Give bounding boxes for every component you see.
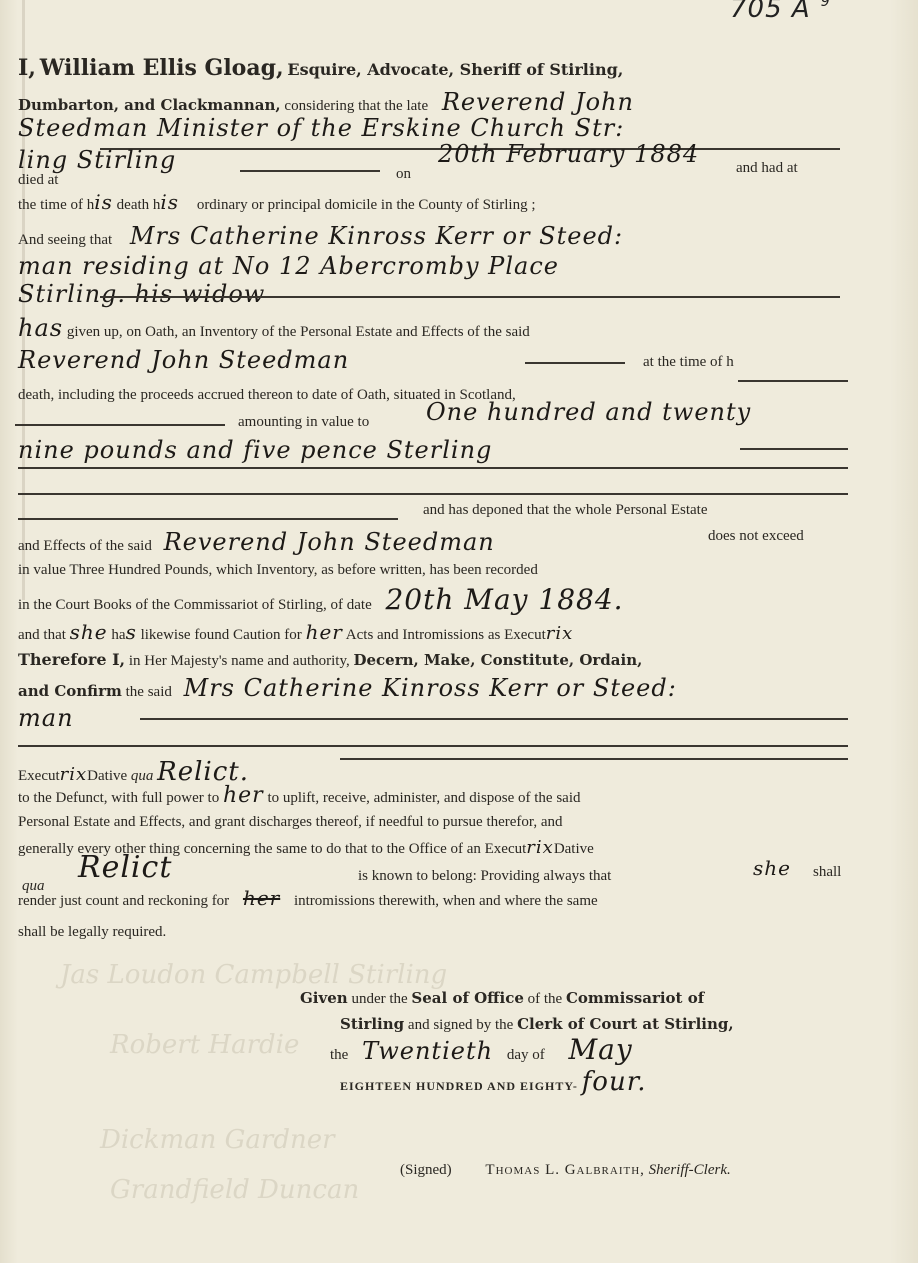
fill-line xyxy=(15,424,225,426)
jurisdiction-line: Dumbarton, and Clackmannan, considering … xyxy=(18,92,858,116)
fill-line xyxy=(240,170,380,172)
power-text: to uplift, receive, administer, and disp… xyxy=(267,790,580,806)
given-label: Given xyxy=(300,989,348,1007)
court-books-text: in the Court Books of the Commissariot o… xyxy=(18,597,372,613)
deceased-name-handwritten: Reverend John xyxy=(442,88,634,116)
fill-line xyxy=(140,718,848,720)
man-line: man xyxy=(18,708,858,732)
legally-line: shall be legally required. xyxy=(18,922,858,942)
record-date-handwritten: 20th May 1884. xyxy=(385,583,623,616)
power-line-2: Personal Estate and Effects, and grant d… xyxy=(18,812,858,832)
reference-sub: 9 xyxy=(821,0,831,10)
court-books-line: in the Court Books of the Commissariot o… xyxy=(18,590,858,615)
seeing-that-line: And seeing that Mrs Catherine Kinross Ke… xyxy=(18,226,858,250)
she-handwritten: she xyxy=(753,858,791,878)
deponed-text: and has deponed that the whole Personal … xyxy=(423,500,708,520)
sheriff-titles: Esquire, Advocate, Sheriff of Stirling, xyxy=(287,60,623,79)
has-handwritten: has xyxy=(18,314,63,342)
jurisdiction: Dumbarton, and Clackmannan, xyxy=(18,96,281,114)
deceased-occupation-handwritten: Steedman Minister of the Erskine Church … xyxy=(18,114,624,142)
the-said-label: the said xyxy=(126,684,172,700)
confirm-line: and Confirm the said Mrs Catherine Kinro… xyxy=(18,678,858,702)
signature-line: (Signed) Thomas L. Galbraith, Sheriff-Cl… xyxy=(400,1160,858,1180)
executor-name-handwritten: Mrs Catherine Kinross Kerr or Steed: xyxy=(184,674,677,702)
value-line: in value Three Hundred Pounds, which Inv… xyxy=(18,560,858,580)
rix-handwritten: rix xyxy=(60,764,88,785)
executor-relation-handwritten: Stirling. his widow xyxy=(18,280,265,308)
commissariot-label: Commissariot of xyxy=(566,989,704,1007)
acts-text: Acts and Intromissions as Execut xyxy=(346,627,546,643)
her-handwritten: her xyxy=(223,783,264,808)
qua-label: qua xyxy=(131,768,154,784)
domicile-text: ordinary or principal domicile in the Co… xyxy=(197,197,536,213)
ha-label: ha xyxy=(111,627,125,643)
oath-text: given up, on Oath, an Inventory of the P… xyxy=(67,324,530,340)
value-text: in value Three Hundred Pounds, which Inv… xyxy=(18,562,538,578)
power-text: to the Defunct, with full power to xyxy=(18,790,219,806)
clerk-label: Clerk of Court at Stirling, xyxy=(517,1015,734,1033)
execut-label: Execut xyxy=(18,768,60,784)
fill-line xyxy=(525,362,625,364)
considering-text: considering that the late xyxy=(284,98,428,114)
executrix-line: ExecutrixDative qua Relict. xyxy=(18,762,858,786)
known-text: is known to belong: Providing always tha… xyxy=(358,866,611,886)
deceased-name-handwritten: Reverend John Steedman xyxy=(18,346,349,374)
header-line: I, William Ellis Gloag, Esquire, Advocat… xyxy=(18,58,858,81)
executor-name-handwritten: Mrs Catherine Kinross Kerr or Steed: xyxy=(130,222,623,250)
effects-label: and Effects of the said xyxy=(18,538,152,554)
authority-text: in Her Majesty's name and authority, xyxy=(129,653,350,669)
died-at-label: died at xyxy=(18,170,58,190)
year-line: Eighteen hundred and eighty- four. xyxy=(340,1072,858,1096)
signed-label: (Signed) xyxy=(400,1162,452,1178)
sheriff-prefix: I, xyxy=(18,55,36,81)
seal-label: Seal of Office xyxy=(411,989,523,1007)
amounting-label: amounting in value to xyxy=(238,412,369,432)
sheriff-name: William Ellis Gloag, xyxy=(40,55,284,81)
and-that-label: and that xyxy=(18,627,66,643)
her-struck-handwritten: her xyxy=(243,886,280,910)
not-exceed-text: does not exceed xyxy=(708,526,804,546)
death-label: death h xyxy=(117,197,161,213)
executor-residence-handwritten: man residing at No 12 Abercromby Place xyxy=(18,252,559,280)
render-text: render just count and reckoning for xyxy=(18,893,229,909)
fill-line xyxy=(18,467,848,469)
s-handwritten: s xyxy=(126,620,137,644)
shall-label: shall xyxy=(813,862,841,882)
relict-handwritten: Relict xyxy=(78,858,172,878)
amount-line-2: nine pounds and five pence Sterling xyxy=(18,440,858,464)
signed-by-text: and signed by the xyxy=(408,1017,513,1033)
month-handwritten: May xyxy=(568,1033,632,1066)
bleed-through-text: Grandfield Duncan xyxy=(110,1175,359,1205)
on-label: on xyxy=(396,164,411,184)
domicile-line: the time of his death his ordinary or pr… xyxy=(18,192,858,215)
at-time-of-label: at the time of h xyxy=(643,352,734,372)
her-handwritten: her xyxy=(306,620,343,644)
fill-line xyxy=(340,758,848,760)
year-print: Eighteen hundred and eighty- xyxy=(340,1079,578,1093)
reference-annotation: 705 A9 xyxy=(730,0,831,24)
decern-words: Decern, Make, Constitute, Ordain, xyxy=(353,651,642,669)
she-handwritten: she xyxy=(70,620,108,644)
estate-value-handwritten: One hundred and twenty xyxy=(426,402,751,422)
fill-line xyxy=(18,518,398,520)
dative-label: Dative xyxy=(87,768,127,784)
document-page: Jas Loudon Campbell Stirling Robert Hard… xyxy=(0,0,918,1263)
therefore-label: Therefore I, xyxy=(18,650,125,669)
time-of-label: the time of h xyxy=(18,197,94,213)
render-line: render just count and reckoning for her … xyxy=(18,888,858,911)
fill-line xyxy=(738,380,848,382)
fill-line xyxy=(740,448,848,450)
signed-by-line: Stirling and signed by the Clerk of Cour… xyxy=(340,1014,858,1035)
bleed-through-text: Dickman Gardner xyxy=(100,1125,335,1155)
given-line: Given under the Seal of Office of the Co… xyxy=(300,988,858,1009)
effects-line: and Effects of the said Reverend John St… xyxy=(18,532,858,556)
bleed-through-text: Jas Loudon Campbell Stirling xyxy=(60,960,447,990)
his-handwritten: is xyxy=(94,190,113,214)
stirling-label: Stirling xyxy=(340,1015,404,1033)
bleed-through-text: Robert Hardie xyxy=(110,1030,299,1060)
estate-value-handwritten: nine pounds and five pence Sterling xyxy=(18,436,492,464)
therefore-line: Therefore I, in Her Majesty's name and a… xyxy=(18,650,858,671)
and-had-at-label: and had at xyxy=(736,158,798,178)
rix-handwritten: rix xyxy=(526,837,554,858)
fill-line xyxy=(100,296,840,298)
rix-handwritten: rix xyxy=(546,623,574,644)
day-of-label: day of xyxy=(507,1047,545,1063)
year-handwritten: four. xyxy=(582,1067,647,1097)
dative-label: Dative xyxy=(554,841,594,857)
deceased-repeat-line: Reverend John Steedman at the time of h xyxy=(18,350,858,374)
date-given-line: the Twentieth day of May xyxy=(330,1040,858,1065)
residence-line: man residing at No 12 Abercromby Place xyxy=(18,256,858,280)
executor-name-handwritten: man xyxy=(18,704,74,732)
caution-line: and that she has likewise found Caution … xyxy=(18,622,858,645)
his-handwritten: is xyxy=(160,190,179,214)
fill-line xyxy=(18,745,848,747)
reference-number: 705 A xyxy=(730,0,811,24)
day-handwritten: Twentieth xyxy=(362,1037,493,1065)
under-the-text: under the xyxy=(351,991,407,1007)
of-the-text: of the xyxy=(528,991,563,1007)
death-date-handwritten: 20th February 1884 xyxy=(438,144,699,164)
confirm-label: and Confirm xyxy=(18,682,122,700)
legally-text: shall be legally required. xyxy=(18,924,166,940)
the-label: the xyxy=(330,1047,348,1063)
power-text: Personal Estate and Effects, and grant d… xyxy=(18,814,562,830)
caution-text: likewise found Caution for xyxy=(141,627,302,643)
deceased-name-handwritten: Reverend John Steedman xyxy=(164,528,495,556)
fill-line xyxy=(18,493,848,495)
power-line-1: to the Defunct, with full power to her t… xyxy=(18,786,858,808)
deceased-line: Steedman Minister of the Erskine Church … xyxy=(18,118,858,142)
signatory-title: Sheriff-Clerk. xyxy=(649,1162,731,1178)
intromissions-text: intromissions therewith, when and where … xyxy=(294,893,598,909)
signatory-name: Thomas L. Galbraith, xyxy=(485,1162,645,1178)
seeing-that-label: And seeing that xyxy=(18,232,112,248)
oath-line: has given up, on Oath, an Inventory of t… xyxy=(18,318,858,342)
